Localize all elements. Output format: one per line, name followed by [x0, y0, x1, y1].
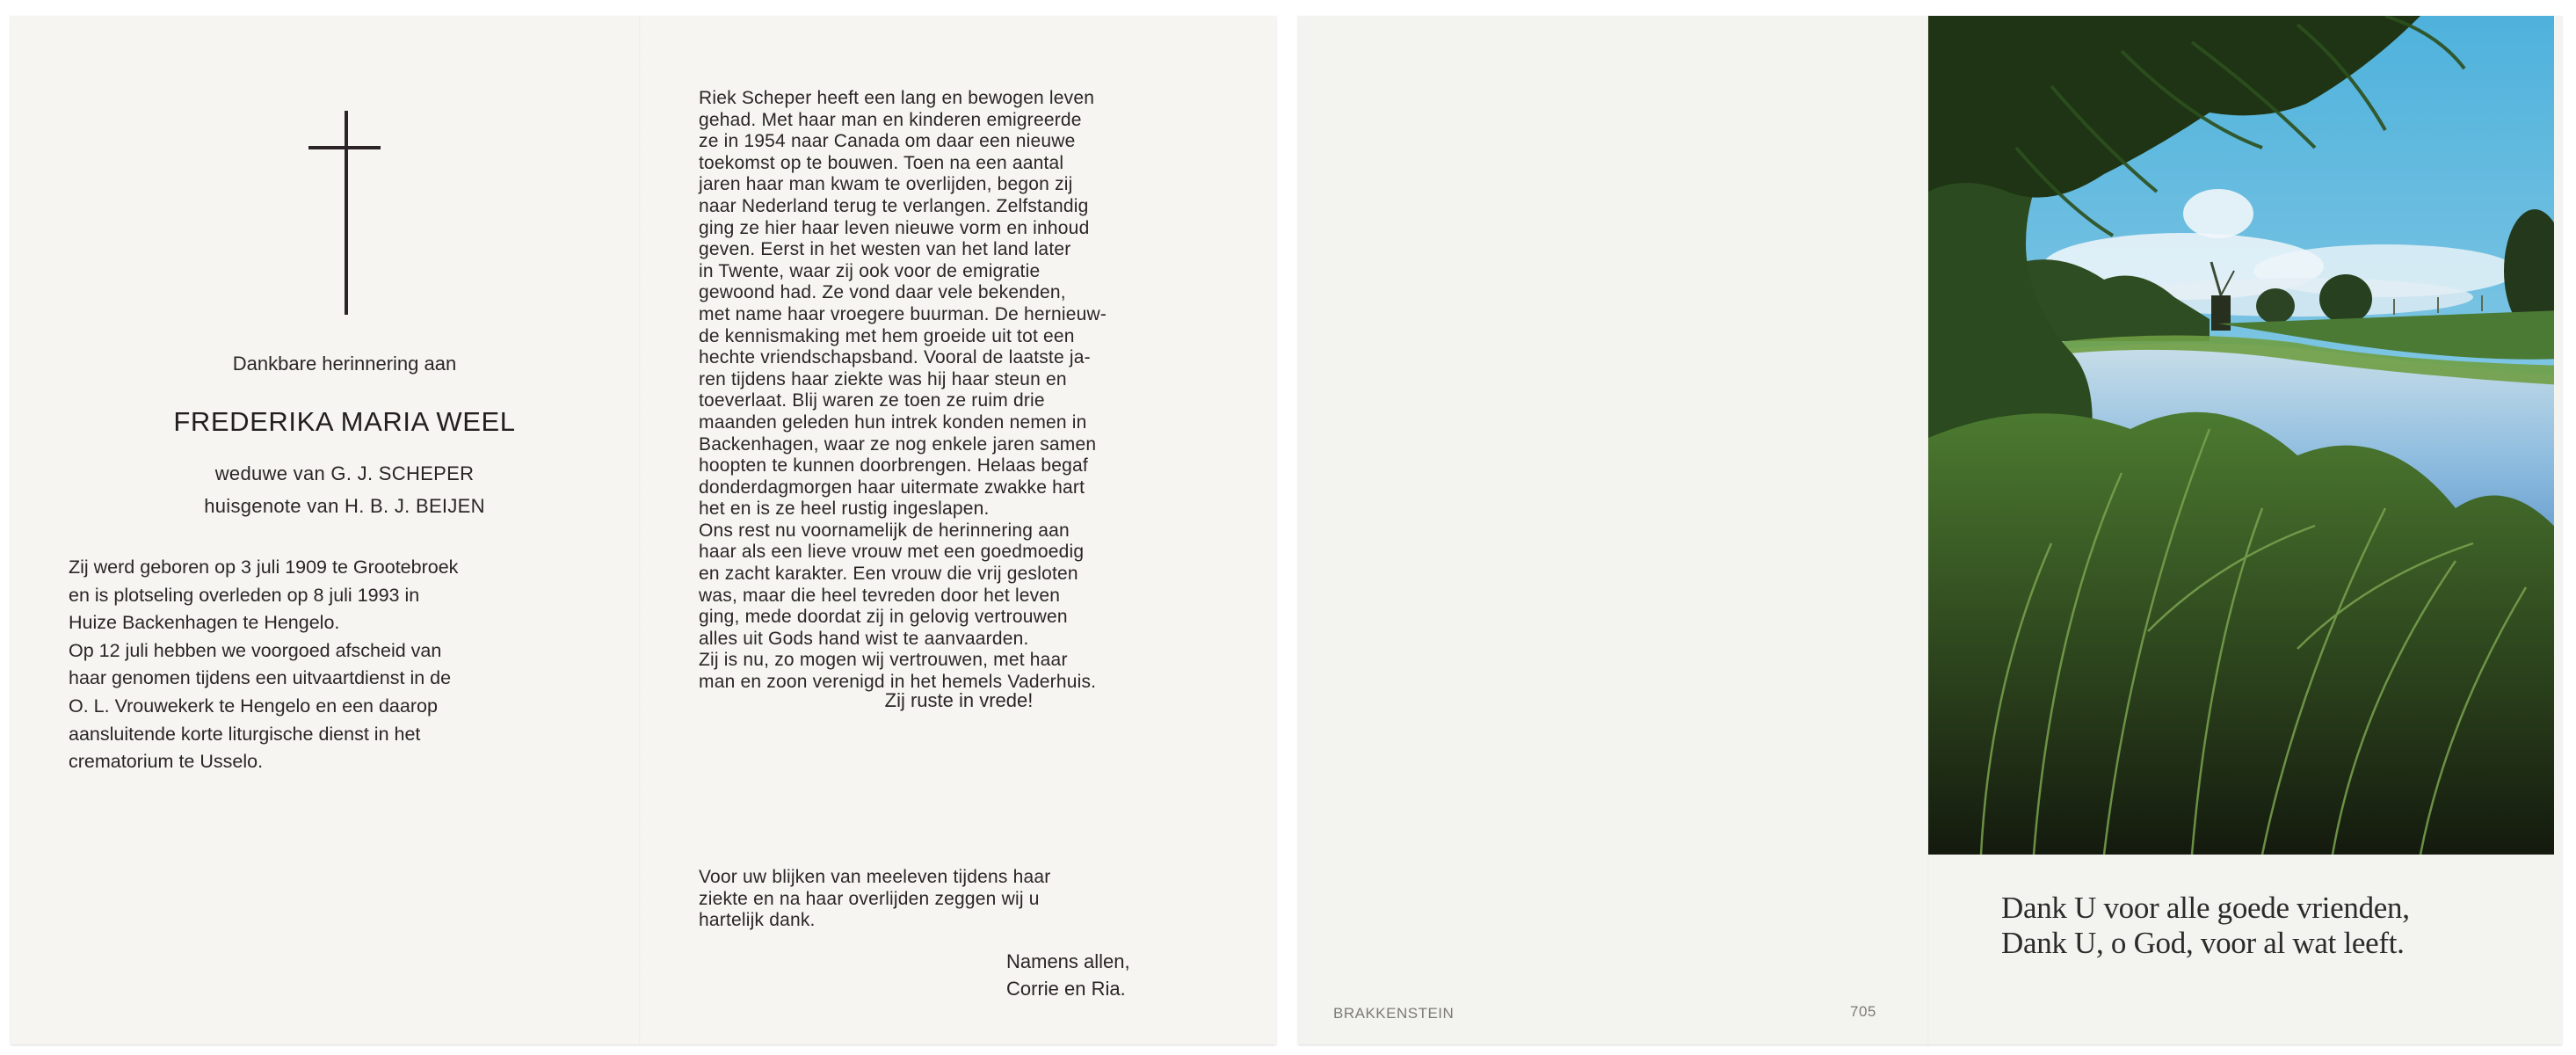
text-line: maanden geleden hun intrek konden nemen … [699, 412, 1219, 434]
landscape-photo [1928, 16, 2562, 855]
poem: Dank U voor alle goede vrienden, Dank U,… [2001, 891, 2410, 961]
text-line: ging, mede doordat zij in gelovig vertro… [699, 607, 1219, 629]
text-line: toeverlaat. Blij waren ze toen ze ruim d… [699, 390, 1219, 412]
text-line: donderdagmorgen haar uitermate zwakke ha… [699, 477, 1219, 499]
text-line: ging ze hier haar leven nieuwe vorm en i… [699, 218, 1219, 240]
fold-line [639, 16, 641, 1044]
text-line: Zij werd geboren op 3 juli 1909 te Groot… [69, 554, 589, 582]
text-line: de kennismaking met hem groeide uit tot … [699, 326, 1219, 348]
text-line: alles uit Gods hand wist te aanvaarden. [699, 629, 1219, 651]
memorial-card-outside: Dank U voor alle goede vrienden, Dank U,… [1298, 16, 2562, 1044]
text-line: met name haar vroegere buurman. De herni… [699, 304, 1219, 326]
relation-widow: weduwe van G. J. SCHEPER [11, 462, 678, 485]
text-line: hartelijk dank. [699, 910, 1219, 932]
text-line: haar als een lieve vrouw met een goedmoe… [699, 542, 1219, 564]
publisher-imprint: BRAKKENSTEIN [1333, 1005, 1454, 1022]
text-line: jaren haar man kwam te overlijden, begon… [699, 174, 1219, 196]
signature: Namens allen, Corrie en Ria. [1006, 948, 1130, 1002]
text-line: gehad. Met haar man en kinderen emigreer… [699, 110, 1219, 132]
text-line: hoopten te kunnen doorbrengen. Helaas be… [699, 455, 1219, 477]
text-line: haar genomen tijdens een uitvaartdienst … [69, 665, 589, 693]
life-story: Riek Scheper heeft een lang en bewogen l… [699, 88, 1219, 694]
deceased-name: FREDERIKA MARIA WEEL [11, 406, 678, 438]
text-line: ren tijdens haar ziekte was hij haar ste… [699, 369, 1219, 391]
text-line: geven. Eerst in het westen van het land … [699, 239, 1219, 261]
text-line: aansluitende korte liturgische dienst in… [69, 721, 589, 749]
text-line: ze in 1954 naar Canada om daar een nieuw… [699, 131, 1219, 153]
text-line: crematorium te Usselo. [69, 748, 589, 776]
text-line: ziekte en na haar overlijden zeggen wij … [699, 889, 1219, 911]
text-line: in Twente, waar zij ook voor de emigrati… [699, 261, 1219, 283]
text-line: was, maar die heel tevreden door het lev… [699, 586, 1219, 608]
text-line: hechte vriendschapsband. Vooral de laats… [699, 347, 1219, 369]
text-line: Huize Backenhagen te Hengelo. [69, 609, 589, 637]
text-line: Zij is nu, zo mogen wij vertrouwen, met … [699, 650, 1219, 672]
relation-partner: huisgenote van H. B. J. BEIJEN [11, 495, 678, 518]
text-line: en zacht karakter. Een vrouw die vrij ge… [699, 564, 1219, 586]
text-line: O. L. Vrouwekerk te Hengelo en een daaro… [69, 693, 589, 721]
text-line: Riek Scheper heeft een lang en bewogen l… [699, 88, 1219, 110]
text-line: gewoond had. Ze vond daar vele bekenden, [699, 282, 1219, 304]
text-line: Voor uw blijken van meeleven tijdens haa… [699, 867, 1219, 889]
card-number: 705 [1850, 1003, 1876, 1021]
text-line: Op 12 juli hebben we voorgoed afscheid v… [69, 637, 589, 666]
biography: Zij werd geboren op 3 juli 1909 te Groot… [69, 554, 589, 776]
thanks-text: Voor uw blijken van meeleven tijdens haa… [699, 867, 1219, 932]
signature-line-1: Namens allen, [1006, 948, 1130, 975]
text-line: naar Nederland terug te verlangen. Zelfs… [699, 196, 1219, 218]
text-line: Backenhagen, waar ze nog enkele jaren sa… [699, 434, 1219, 456]
text-line: en is plotseling overleden op 8 juli 199… [69, 582, 589, 610]
signature-line-2: Corrie en Ria. [1006, 975, 1130, 1002]
poem-line-1: Dank U voor alle goede vrienden, [2001, 891, 2410, 926]
text-line: het en is ze heel rustig ingeslapen. [699, 498, 1219, 520]
text-line: toekomst op te bouwen. Toen na een aanta… [699, 153, 1219, 175]
poem-line-2: Dank U, o God, voor al wat leeft. [2001, 926, 2410, 961]
rest-in-peace: Zij ruste in vrede! [699, 689, 1219, 712]
intro-text: Dankbare herinnering aan [11, 353, 678, 375]
text-line: Ons rest nu voornamelijk de herinnering … [699, 520, 1219, 542]
memorial-card-inside: Dankbare herinnering aan FREDERIKA MARIA… [11, 16, 1276, 1044]
